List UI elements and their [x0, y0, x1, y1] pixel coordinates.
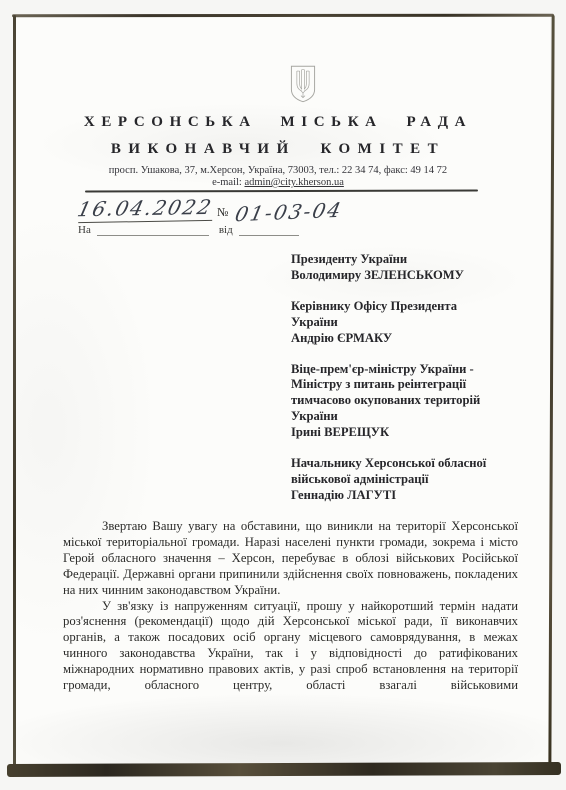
recipient-president: Президенту України Володимиру ЗЕЛЕНСЬКОМ…: [291, 252, 511, 284]
recipient-line: Начальнику Херсонської обласної: [291, 456, 511, 472]
recipient-line: України: [291, 315, 511, 331]
recipients-block: Президенту України Володимиру ЗЕЛЕНСЬКОМ…: [291, 252, 511, 519]
na-blank-line: [97, 224, 209, 236]
email-label: e-mail:: [212, 177, 244, 188]
recipient-line: Геннадію ЛАГУТІ: [291, 488, 511, 504]
recipient-line: Андрію ЄРМАКУ: [291, 331, 511, 347]
org-name-line2: ВИКОНАВЧИЙ КОМІТЕТ: [0, 141, 556, 158]
paper-edge-bottom: [7, 762, 561, 777]
vid-label: від: [219, 224, 233, 236]
body-paragraph: Звертаю Вашу увагу на обставини, що вини…: [63, 519, 518, 599]
recipient-vice-pm: Віце-прем'єр-міністру України - Міністру…: [291, 362, 511, 442]
recipient-line: військової адміністрації: [291, 472, 511, 488]
reply-reference-row: Навід: [78, 224, 299, 236]
paper-edge-top: [12, 14, 554, 17]
recipient-line: Віце-прем'єр-міністру України -: [291, 362, 511, 378]
na-label: На: [78, 224, 91, 236]
number-sign: №: [217, 205, 228, 220]
org-name-line1: ХЕРСОНСЬКА МІСЬКА РАДА: [0, 114, 556, 131]
body-paragraph: У зв'язку із напруженням ситуації, прошу…: [63, 599, 518, 694]
reference-row: 16.04.2022 № 01-03-04: [78, 196, 342, 222]
recipient-line: Міністру з питань реінтеграції: [291, 377, 511, 393]
recipient-line: Керівнику Офісу Президента: [291, 299, 511, 315]
recipient-line: тимчасово окупованих територій: [291, 393, 511, 409]
recipient-line: Володимиру ЗЕЛЕНСЬКОМУ: [291, 268, 511, 284]
recipient-line: Ірині ВЕРЕЩУК: [291, 425, 511, 441]
vid-blank-line: [239, 224, 299, 236]
date-field: 16.04.2022: [78, 197, 212, 223]
scanned-letter-page: ХЕРСОНСЬКА МІСЬКА РАДА ВИКОНАВЧИЙ КОМІТЕ…: [0, 0, 566, 790]
handwritten-date: 16.04.2022: [76, 197, 215, 219]
org-address: просп. Ушакова, 37, м.Херсон, Україна, 7…: [0, 165, 556, 176]
email-address: admin@city.kherson.ua: [244, 177, 343, 188]
recipient-line: України: [291, 409, 511, 425]
recipient-oblast-admin-head: Начальнику Херсонської обласної військов…: [291, 456, 511, 504]
handwritten-number: 01-03-04: [234, 200, 345, 225]
tryzub-coat-of-arms-icon: [288, 64, 318, 109]
recipient-line: Президенту України: [291, 252, 511, 268]
letter-body: Звертаю Вашу увагу на обставини, що вини…: [63, 519, 518, 694]
recipient-head-of-office: Керівнику Офісу Президента України Андрі…: [291, 299, 511, 347]
org-email-line: e-mail: admin@city.kherson.ua: [0, 177, 556, 188]
